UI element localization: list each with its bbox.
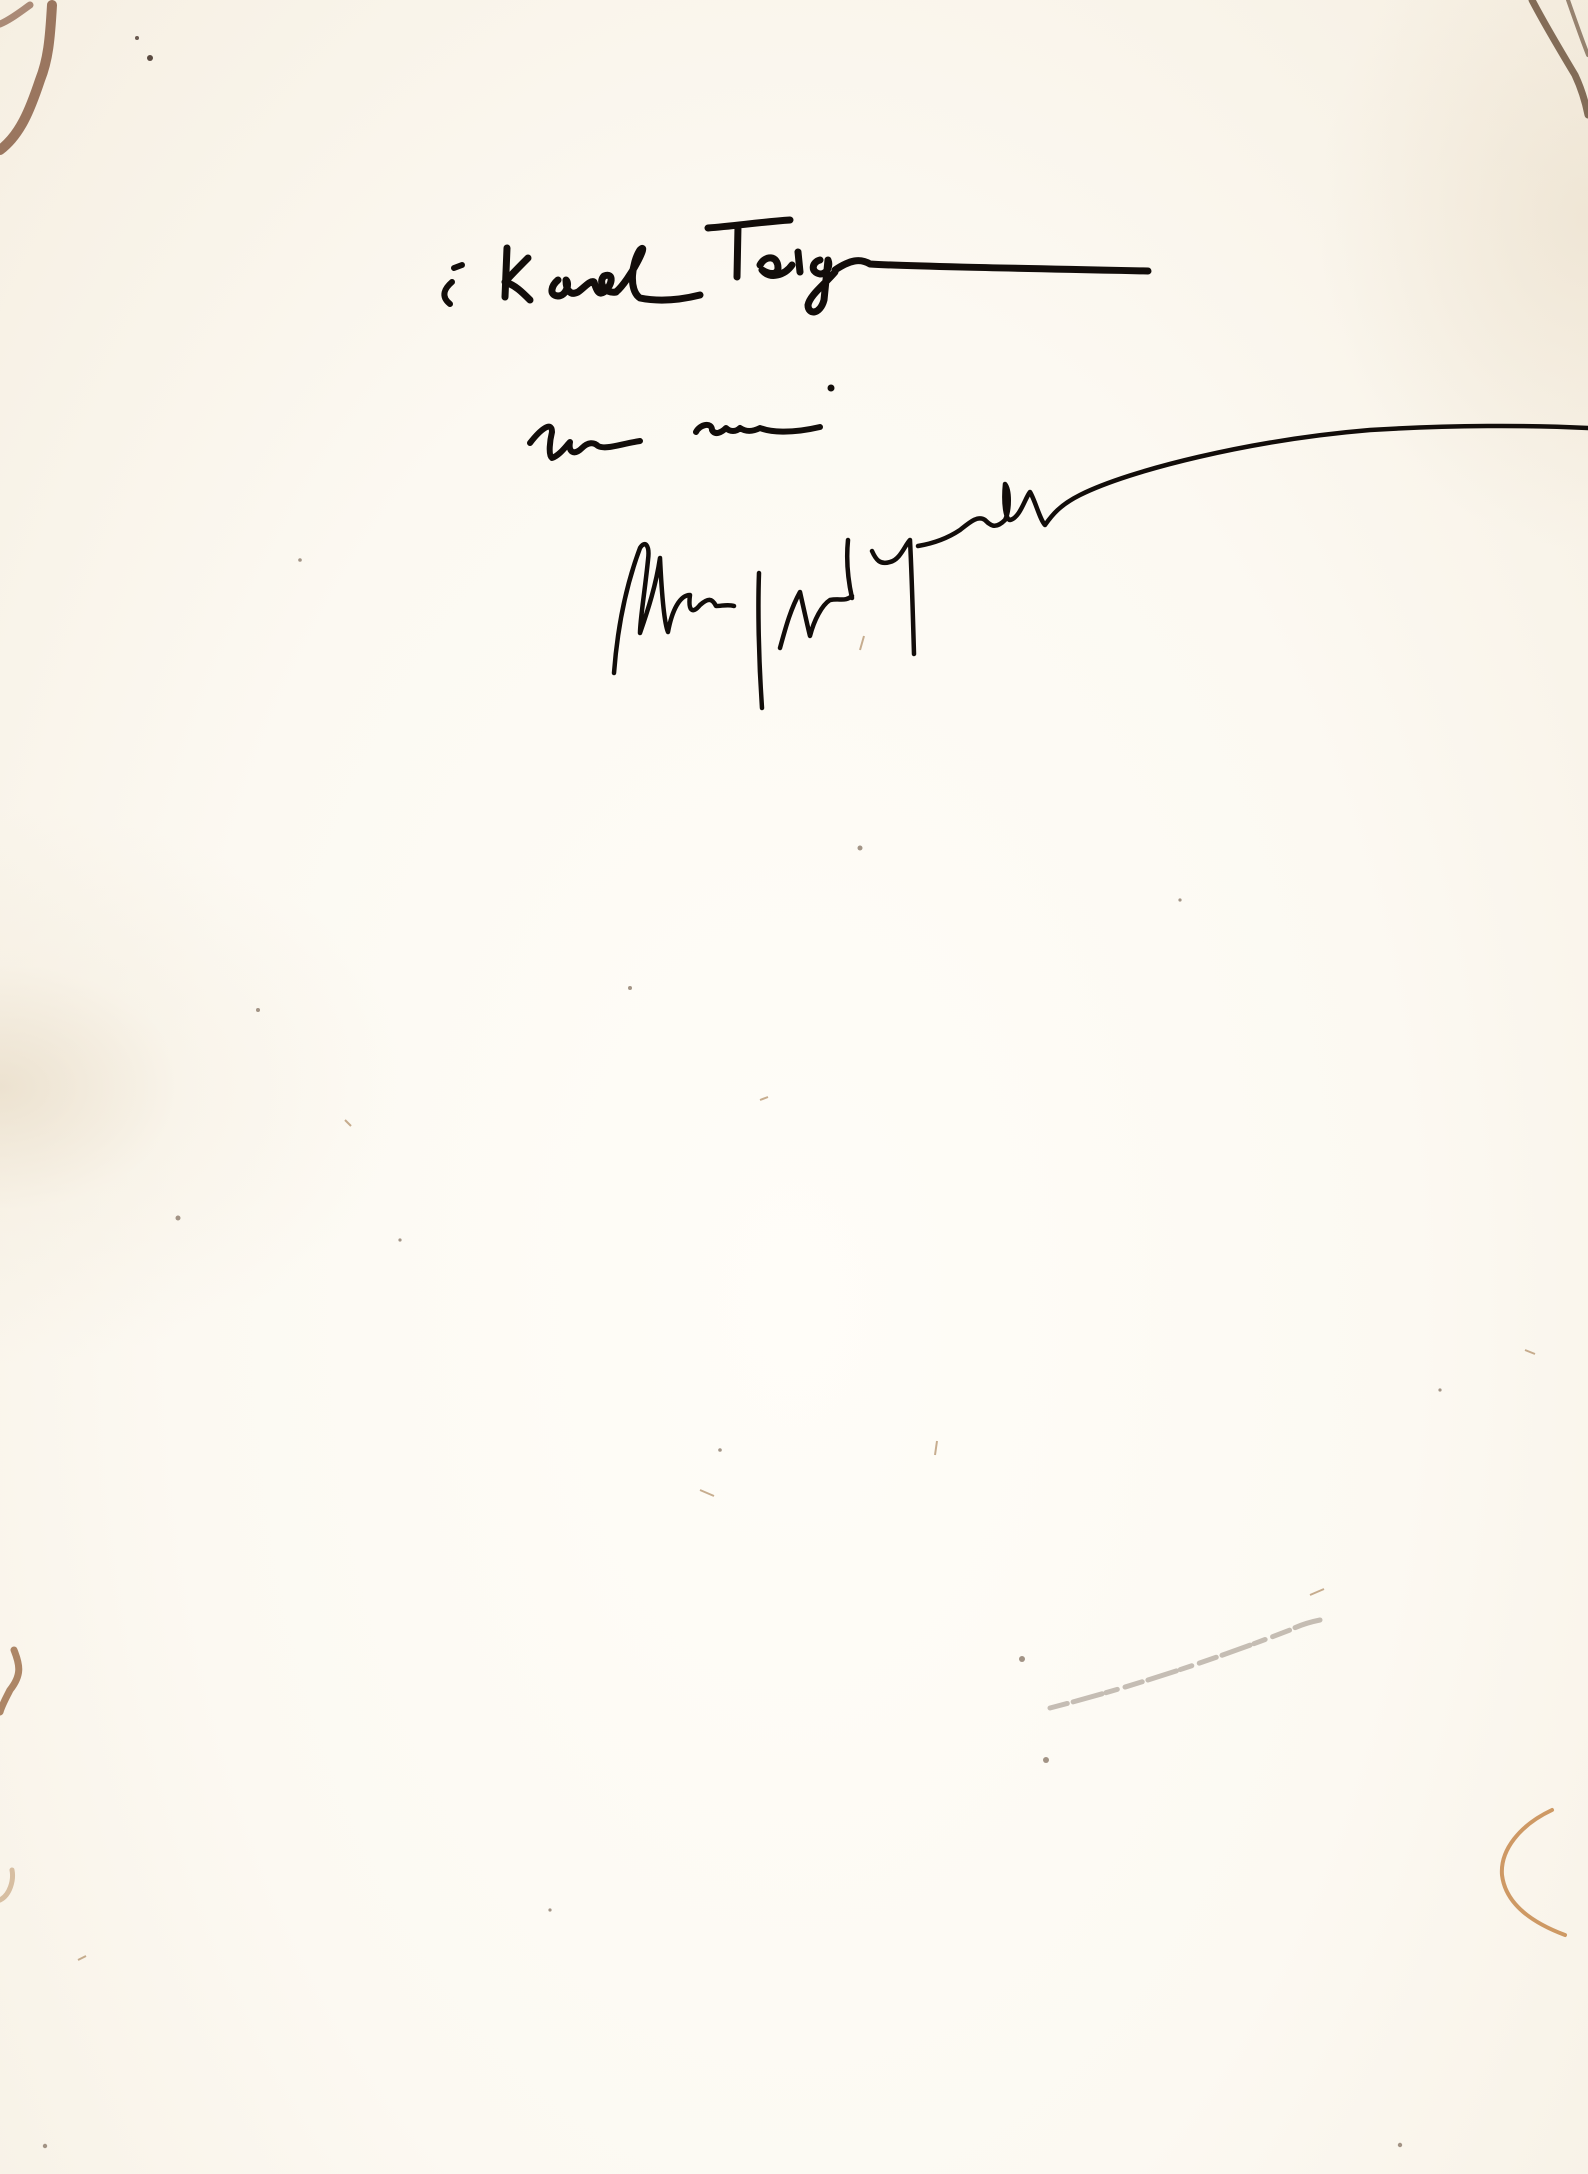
inscription-line-2 [530,385,835,459]
book-page: à Karel Teige son ami moholy-nagy [0,0,1588,2174]
inscription-line-1 [444,220,1148,312]
handwritten-inscription [0,0,1588,2174]
signature [614,426,1588,708]
